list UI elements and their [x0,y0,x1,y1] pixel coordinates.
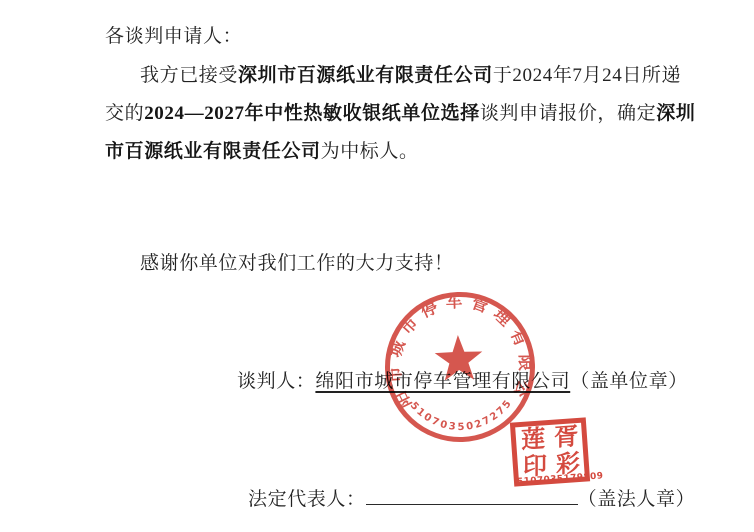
seal-company-arc-text: 绵阳市城市停车管理有限公司 [358,262,537,413]
text-segment: 我方已接受 [140,65,238,86]
paragraph-line-2: 交的2024—2027年中性热敏收银纸单位选择谈判申请报价，确定深圳 [105,102,695,126]
bold-text-segment: 深圳 [656,103,695,124]
negotiator-label: 谈判人： [237,371,315,392]
seal-star-icon [434,334,483,381]
text-segment: 交的 [105,103,144,124]
legal-rep-signature-blank [366,486,578,505]
bold-text-segment: 市百源纸业有限责任公司 [105,141,321,162]
text-segment: 谈判申请报价，确定 [480,103,656,124]
text-segment: 于2024年7月24日所递 [493,65,681,86]
legal-rep-suffix: （盖法人章） [578,489,696,510]
square-seal-char-2: 胥 [554,425,578,451]
text-segment: 为中标人。 [321,141,419,162]
legal-rep-line: 法定代表人：（盖法人章） [248,486,695,512]
negotiator-suffix: （盖单位章） [570,371,688,392]
paragraph-line-3: 市百源纸业有限责任公司为中标人。 [105,140,419,164]
square-seal-char-1: 莲 [521,427,545,453]
legal-rep-label: 法定代表人： [248,489,366,510]
scanned-letter-page: 各谈判申请人： 我方已接受深圳市百源纸业有限责任公司于2024年7月24日所递 … [0,0,754,532]
salutation-line: 各谈判申请人： [105,25,242,49]
paragraph-line-1: 我方已接受深圳市百源纸业有限责任公司于2024年7月24日所递 [140,64,681,88]
bold-text-segment: 2024—2027年中性热敏收银纸单位选择 [144,103,480,124]
square-personal-seal: 莲 胥 印 彩 5107035179809 [510,417,590,486]
svg-text:绵阳市城市停车管理有限公司: 绵阳市城市停车管理有限公司 [358,262,537,413]
bold-text-segment: 深圳市百源纸业有限责任公司 [238,65,493,86]
